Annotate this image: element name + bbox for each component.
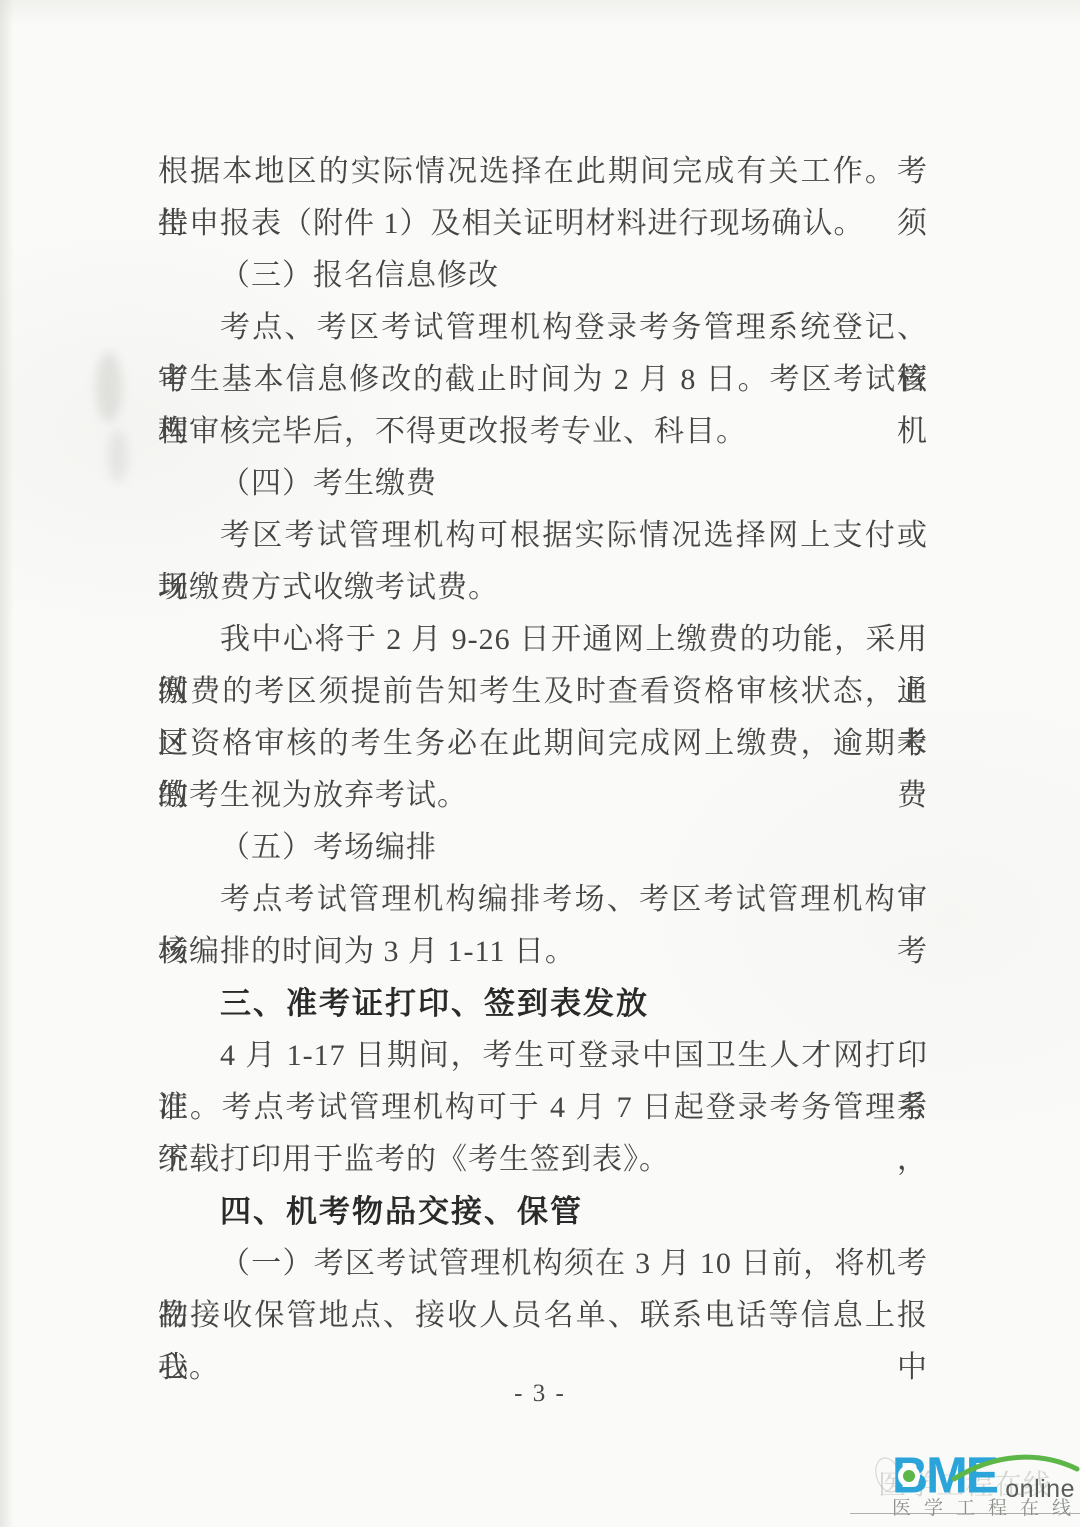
text-line: 持申报表（附件 1）及相关证明材料进行现场确认。 xyxy=(158,198,928,250)
document-page: 根据本地区的实际情况选择在此期间完成有关工作。考生须持申报表（附件 1）及相关证… xyxy=(0,0,1080,1527)
logo-caption-text: 医学工程在线 xyxy=(892,1493,1080,1520)
text-line: 场缴费方式收缴考试费。 xyxy=(158,562,928,614)
text-line: （三）报名信息修改 xyxy=(158,250,928,302)
logo-eye-dot-icon xyxy=(903,1470,915,1482)
text-line: （一）考区考试管理机构须在 3 月 10 日前，将机考物 xyxy=(158,1238,928,1290)
text-line: 品接收保管地点、接收人员名单、联系电话等信息上报我中 xyxy=(158,1290,928,1342)
text-line: 4 月 1-17 日期间，考生可登录中国卫生人才网打印准考 xyxy=(158,1030,928,1082)
text-line: 考生基本信息修改的截止时间为 2 月 8 日。考区考试管理机 xyxy=(158,354,928,406)
scan-smudge xyxy=(96,352,122,422)
logo-eye-icon xyxy=(898,1465,920,1487)
text-line: 考点、考区考试管理机构登录考务管理系统登记、审核 xyxy=(158,302,928,354)
section-heading: 四、机考物品交接、保管 xyxy=(158,1186,928,1238)
text-line: 根据本地区的实际情况选择在此期间完成有关工作。考生须 xyxy=(158,146,928,198)
page-number: - 3 - xyxy=(0,1380,1080,1408)
text-line: 我中心将于 2 月 9-26 日开通网上缴费的功能，采用网上 xyxy=(158,614,928,666)
text-line: （五）考场编排 xyxy=(158,822,928,874)
text-line: 证。考点考试管理机构可于 4 月 7 日起登录考务管理系统， xyxy=(158,1082,928,1134)
text-line: 考点考试管理机构编排考场、考区考试管理机构审核考 xyxy=(158,874,928,926)
text-line: 考区考试管理机构可根据实际情况选择网上支付或现 xyxy=(158,510,928,562)
text-line: 缴费的考区须提前告知考生及时查看资格审核状态，通过考 xyxy=(158,666,928,718)
text-line: （四）考生缴费 xyxy=(158,458,928,510)
document-lines: 根据本地区的实际情况选择在此期间完成有关工作。考生须持申报表（附件 1）及相关证… xyxy=(158,146,928,1394)
text-line: 区资格审核的考生务必在此期间完成网上缴费，逾期未缴费 xyxy=(158,718,928,770)
bme-logo: 医学工程在线 BME online 医学工程在线 xyxy=(850,1427,1080,1527)
scan-smudge xyxy=(108,430,128,482)
section-heading: 三、准考证打印、签到表发放 xyxy=(158,978,928,1030)
